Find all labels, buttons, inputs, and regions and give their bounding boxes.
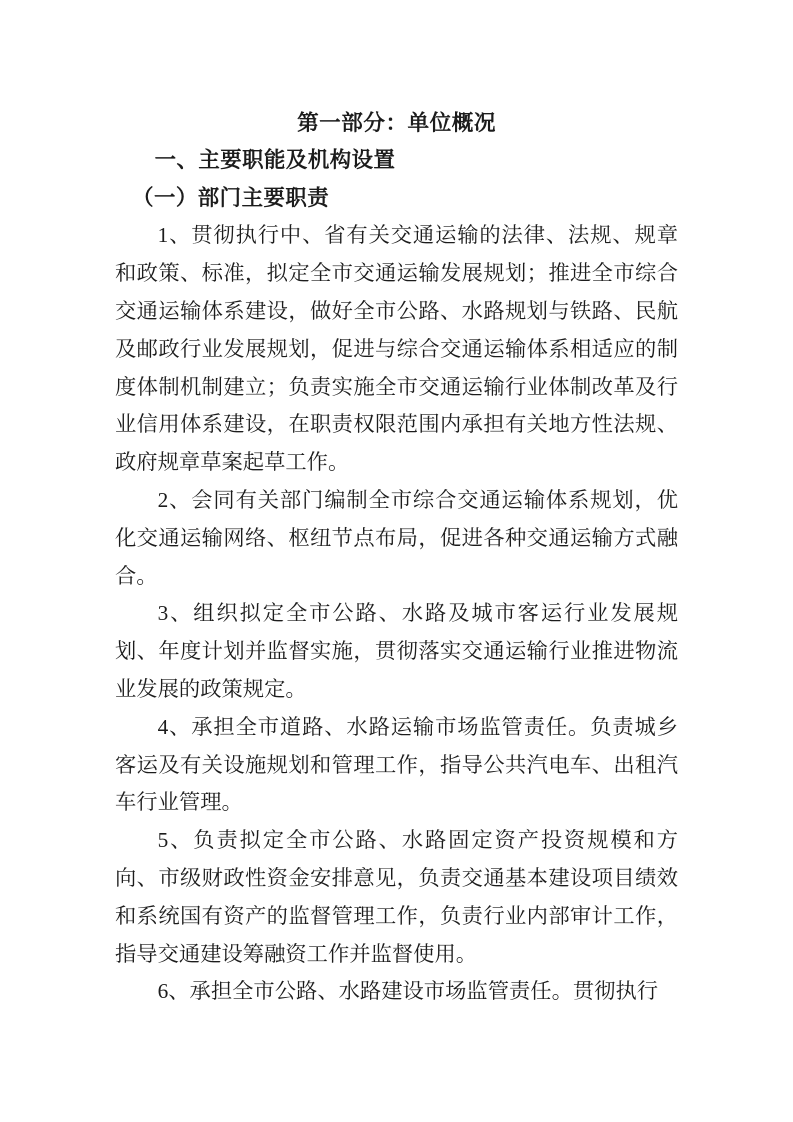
- duty-paragraph-1: 1、贯彻执行中、省有关交通运输的法律、法规、规章和政策、标准，拟定全市交通运输发…: [115, 217, 678, 482]
- section-heading: 一、主要职能及机构设置: [115, 142, 678, 180]
- duty-paragraph-5: 5、负责拟定全市公路、水路固定资产投资规模和方向、市级财政性资金安排意见，负责交…: [115, 822, 678, 973]
- subsection-heading: （一）部门主要职责: [115, 180, 678, 218]
- document-title: 第一部分：单位概况: [115, 104, 678, 142]
- duty-paragraph-4: 4、承担全市道路、水路运输市场监管责任。负责城乡客运及有关设施规划和管理工作，指…: [115, 709, 678, 822]
- duty-paragraph-6: 6、承担全市公路、水路建设市场监管责任。贯彻执行: [115, 973, 678, 1011]
- duty-paragraph-2: 2、会同有关部门编制全市综合交通运输体系规划，优化交通运输网络、枢纽节点布局，促…: [115, 482, 678, 595]
- document-page: 第一部分：单位概况 一、主要职能及机构设置 （一）部门主要职责 1、贯彻执行中、…: [0, 0, 793, 1122]
- duty-paragraph-3: 3、组织拟定全市公路、水路及城市客运行业发展规划、年度计划并监督实施，贯彻落实交…: [115, 595, 678, 708]
